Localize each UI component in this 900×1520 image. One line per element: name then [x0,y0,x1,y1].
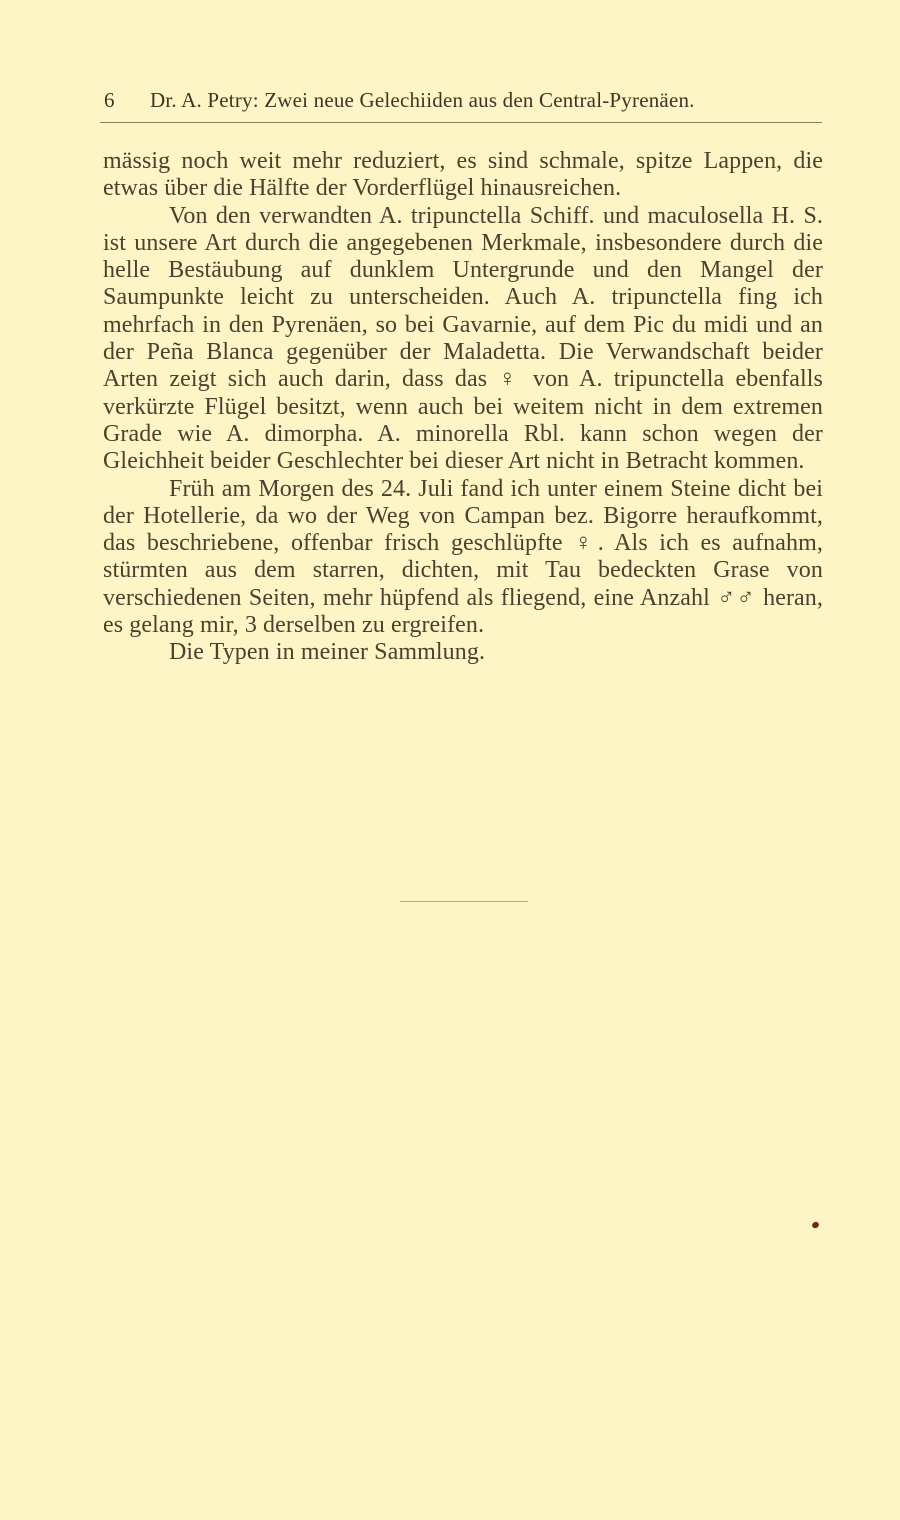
running-title: Dr. A. Petry: Zwei neue Gelechiiden aus … [150,88,695,112]
paragraph: Die Typen in meiner Sammlung. [103,639,823,666]
header-rule [100,122,822,123]
paragraph: mässig noch weit mehr reduziert, es sind… [103,148,823,203]
page-number: 6 [104,88,150,113]
section-end-rule [400,901,528,902]
running-header: 6Dr. A. Petry: Zwei neue Gelechiiden aus… [104,88,820,113]
body-text: mässig noch weit mehr reduziert, es sind… [103,148,823,667]
paragraph: Von den verwandten A. tripunctella Schif… [103,203,823,476]
ink-speck [811,1221,820,1230]
paragraph: Früh am Morgen des 24. Juli fand ich unt… [103,476,823,640]
